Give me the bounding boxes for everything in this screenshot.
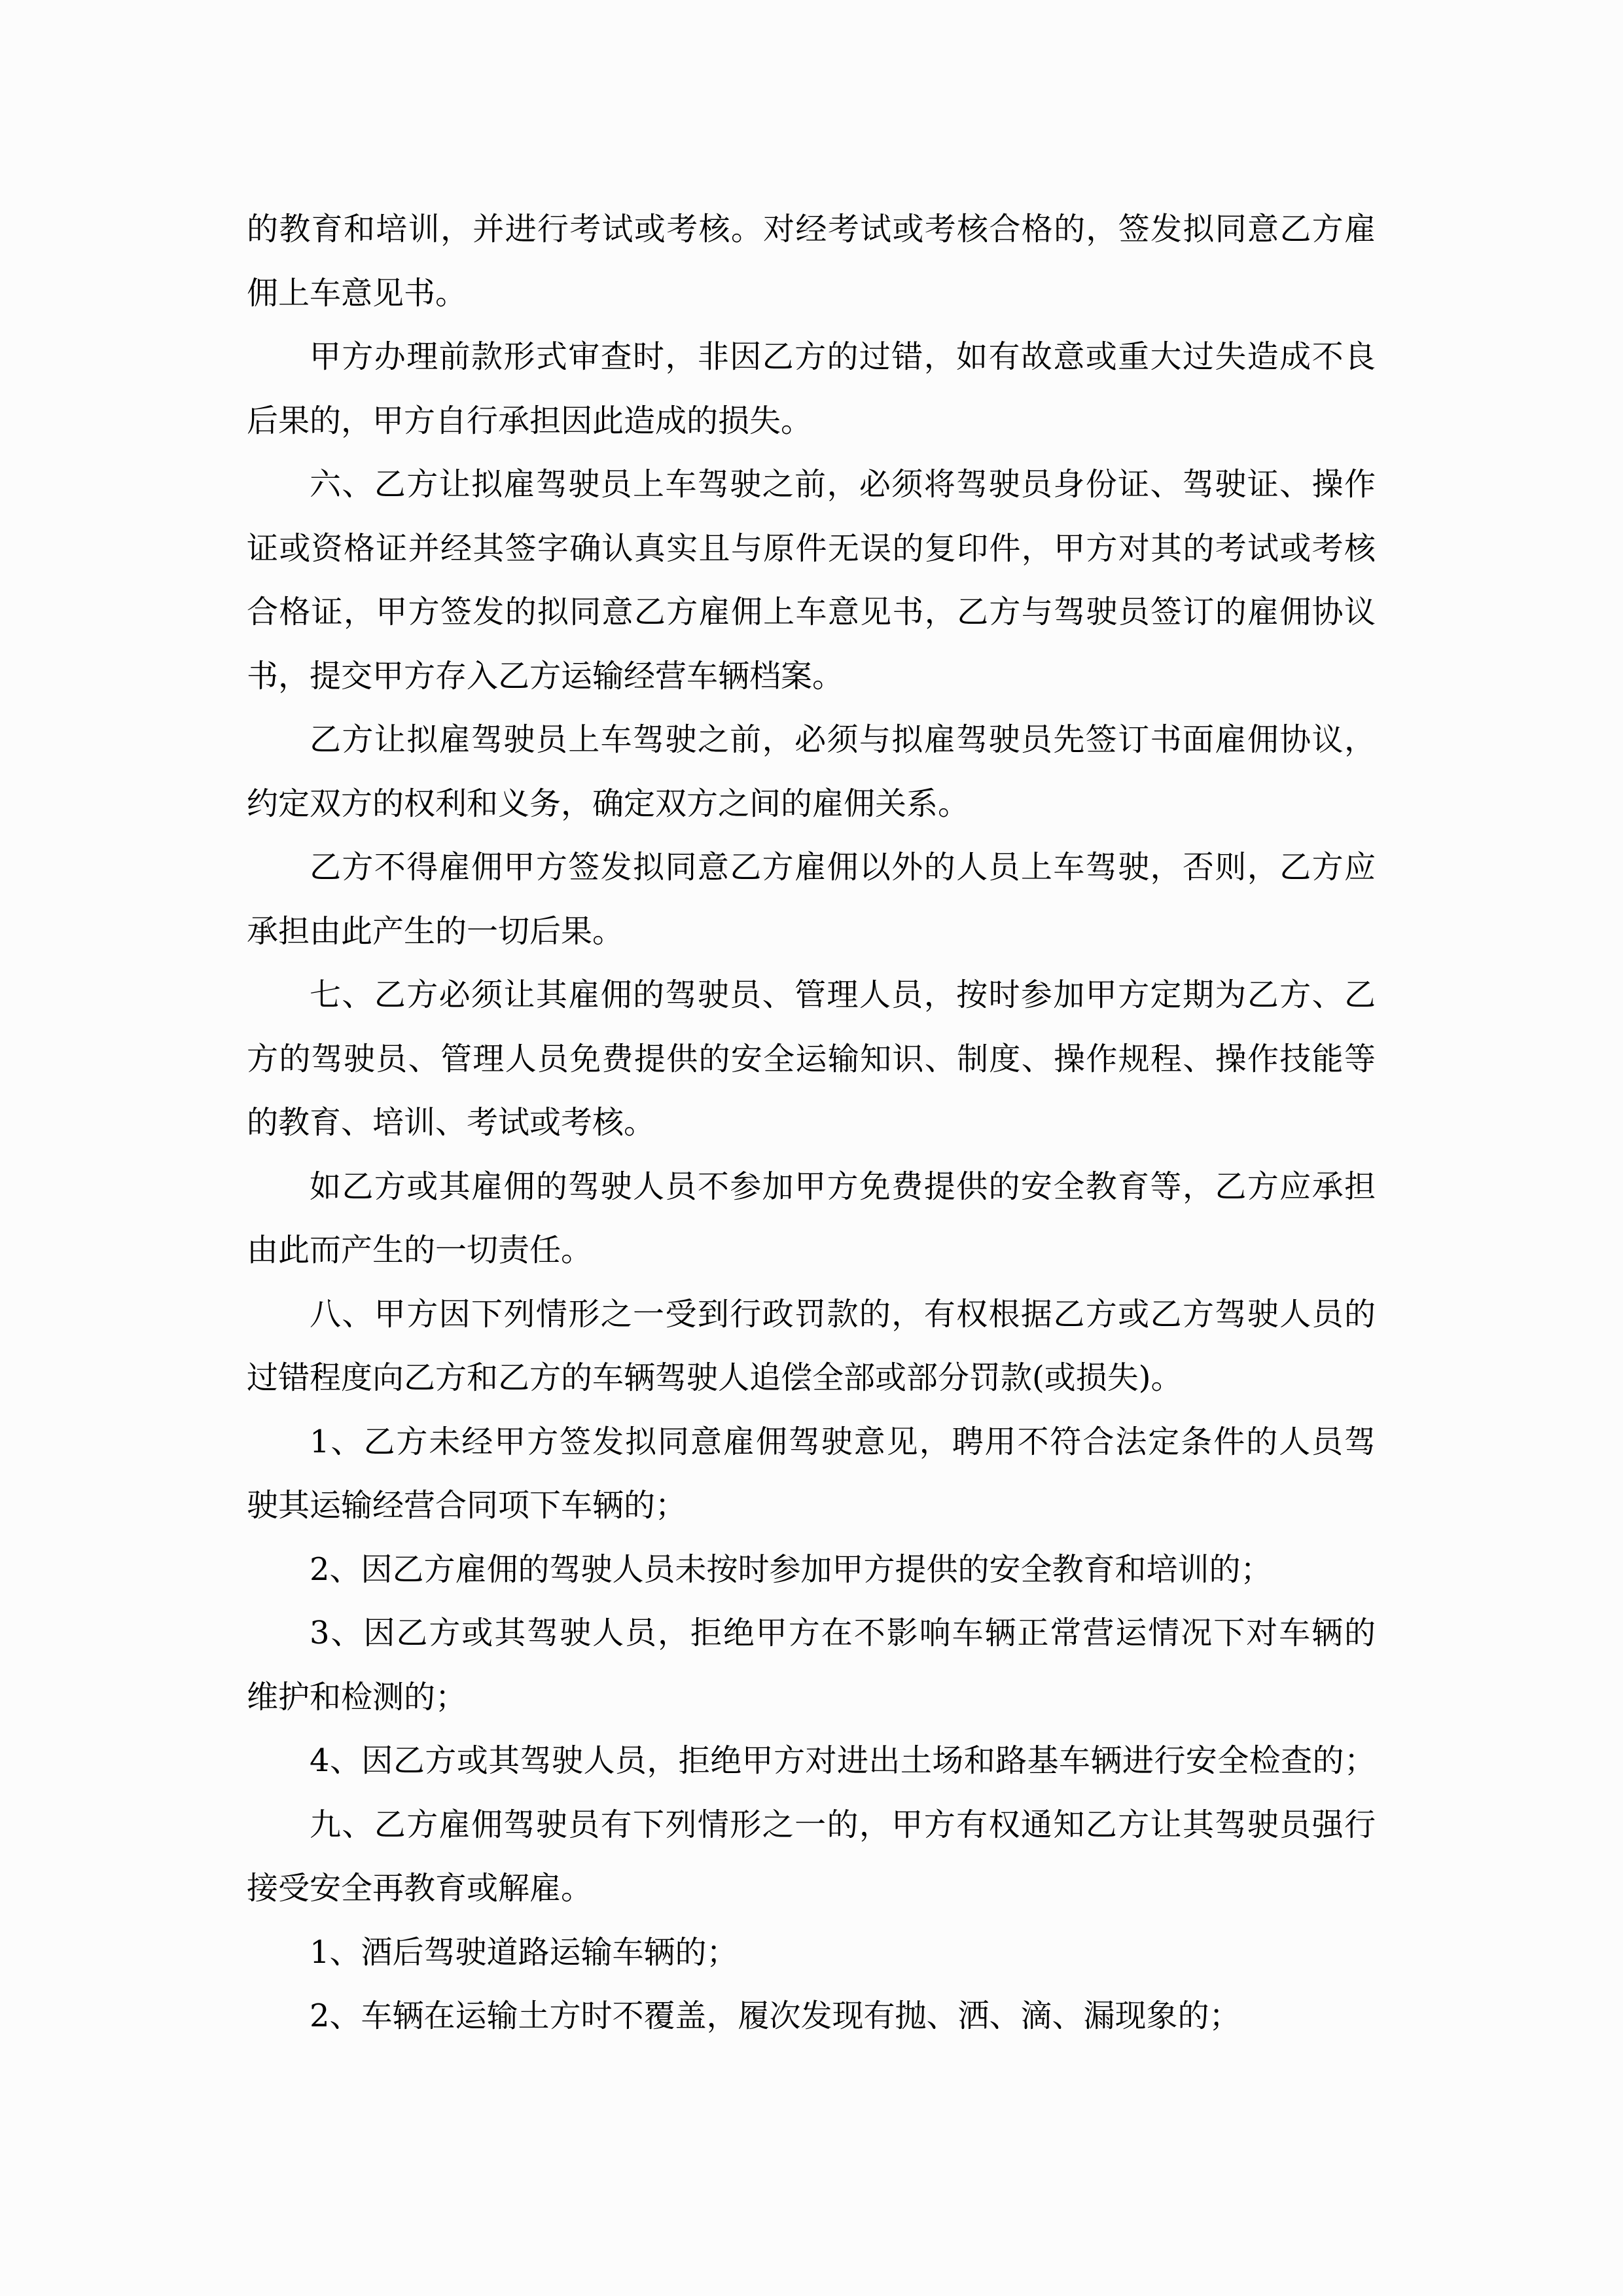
text-line: 的教育、培训、考试或考核。 [247, 1100, 1376, 1164]
text-line: 佣上车意见书。 [247, 270, 1376, 334]
text-line: 由此而产生的一切责任。 [247, 1227, 1376, 1291]
clause-seven-heading-line: 七、乙方必须让其雇佣的驾驶员、管理人员，按时参加甲方定期为乙方、乙 [247, 972, 1376, 1036]
text-line: 承担由此产生的一切后果。 [247, 908, 1376, 973]
text-line: 接受安全再教育或解雇。 [247, 1865, 1376, 1929]
list-item-2-line: 2、因乙方雇佣的驾驶人员未按时参加甲方提供的安全教育和培训的； [247, 1547, 1376, 1611]
text-line: 合格证，甲方签发的拟同意乙方雇佣上车意见书，乙方与驾驶员签订的雇佣协议 [247, 589, 1376, 653]
text-line: 维护和检测的； [247, 1674, 1376, 1738]
clause-six-heading-line: 六、乙方让拟雇驾驶员上车驾驶之前，必须将驾驶员身份证、驾驶证、操作 [247, 461, 1376, 526]
list-item-4-line: 4、因乙方或其驾驶人员，拒绝甲方对进出土场和路基车辆进行安全检查的； [247, 1738, 1376, 1802]
text-line: 书，提交甲方存入乙方运输经营车辆档案。 [247, 653, 1376, 717]
text-line: 过错程度向乙方和乙方的车辆驾驶人追偿全部或部分罚款(或损失)。 [247, 1355, 1376, 1419]
paragraph-start-line: 乙方让拟雇驾驶员上车驾驶之前，必须与拟雇驾驶员先签订书面雇佣协议， [247, 717, 1376, 781]
paragraph-start-line: 乙方不得雇佣甲方签发拟同意乙方雇佣以外的人员上车驾驶，否则，乙方应 [247, 844, 1376, 908]
document-page: 的教育和培训，并进行考试或考核。对经考试或考核合格的，签发拟同意乙方雇 佣上车意… [0, 0, 1623, 2296]
text-line: 约定双方的权利和义务，确定双方之间的雇佣关系。 [247, 781, 1376, 845]
text-line: 证或资格证并经其签字确认真实且与原件无误的复印件，甲方对其的考试或考核 [247, 526, 1376, 590]
list-item-3-line: 3、因乙方或其驾驶人员，拒绝甲方在不影响车辆正常营运情况下对车辆的 [247, 1610, 1376, 1674]
list-item-2-line: 2、车辆在运输土方时不覆盖，履次发现有抛、洒、滴、漏现象的； [247, 1993, 1376, 2057]
text-line: 驶其运输经营合同项下车辆的； [247, 1482, 1376, 1547]
text-line: 的教育和培训，并进行考试或考核。对经考试或考核合格的，签发拟同意乙方雇 [247, 206, 1376, 270]
paragraph-start-line: 如乙方或其雇佣的驾驶人员不参加甲方免费提供的安全教育等，乙方应承担 [247, 1164, 1376, 1228]
document-body: 的教育和培训，并进行考试或考核。对经考试或考核合格的，签发拟同意乙方雇 佣上车意… [247, 206, 1376, 2057]
list-item-1-line: 1、乙方未经甲方签发拟同意雇佣驾驶意见，聘用不符合法定条件的人员驾 [247, 1419, 1376, 1483]
clause-eight-heading-line: 八、甲方因下列情形之一受到行政罚款的，有权根据乙方或乙方驾驶人员的 [247, 1291, 1376, 1355]
paragraph-start-line: 甲方办理前款形式审查时，非因乙方的过错，如有故意或重大过失造成不良 [247, 334, 1376, 398]
clause-nine-heading-line: 九、乙方雇佣驾驶员有下列情形之一的，甲方有权通知乙方让其驾驶员强行 [247, 1802, 1376, 1866]
text-line: 后果的，甲方自行承担因此造成的损失。 [247, 398, 1376, 462]
text-line: 方的驾驶员、管理人员免费提供的安全运输知识、制度、操作规程、操作技能等 [247, 1036, 1376, 1100]
list-item-1-line: 1、酒后驾驶道路运输车辆的； [247, 1929, 1376, 1994]
